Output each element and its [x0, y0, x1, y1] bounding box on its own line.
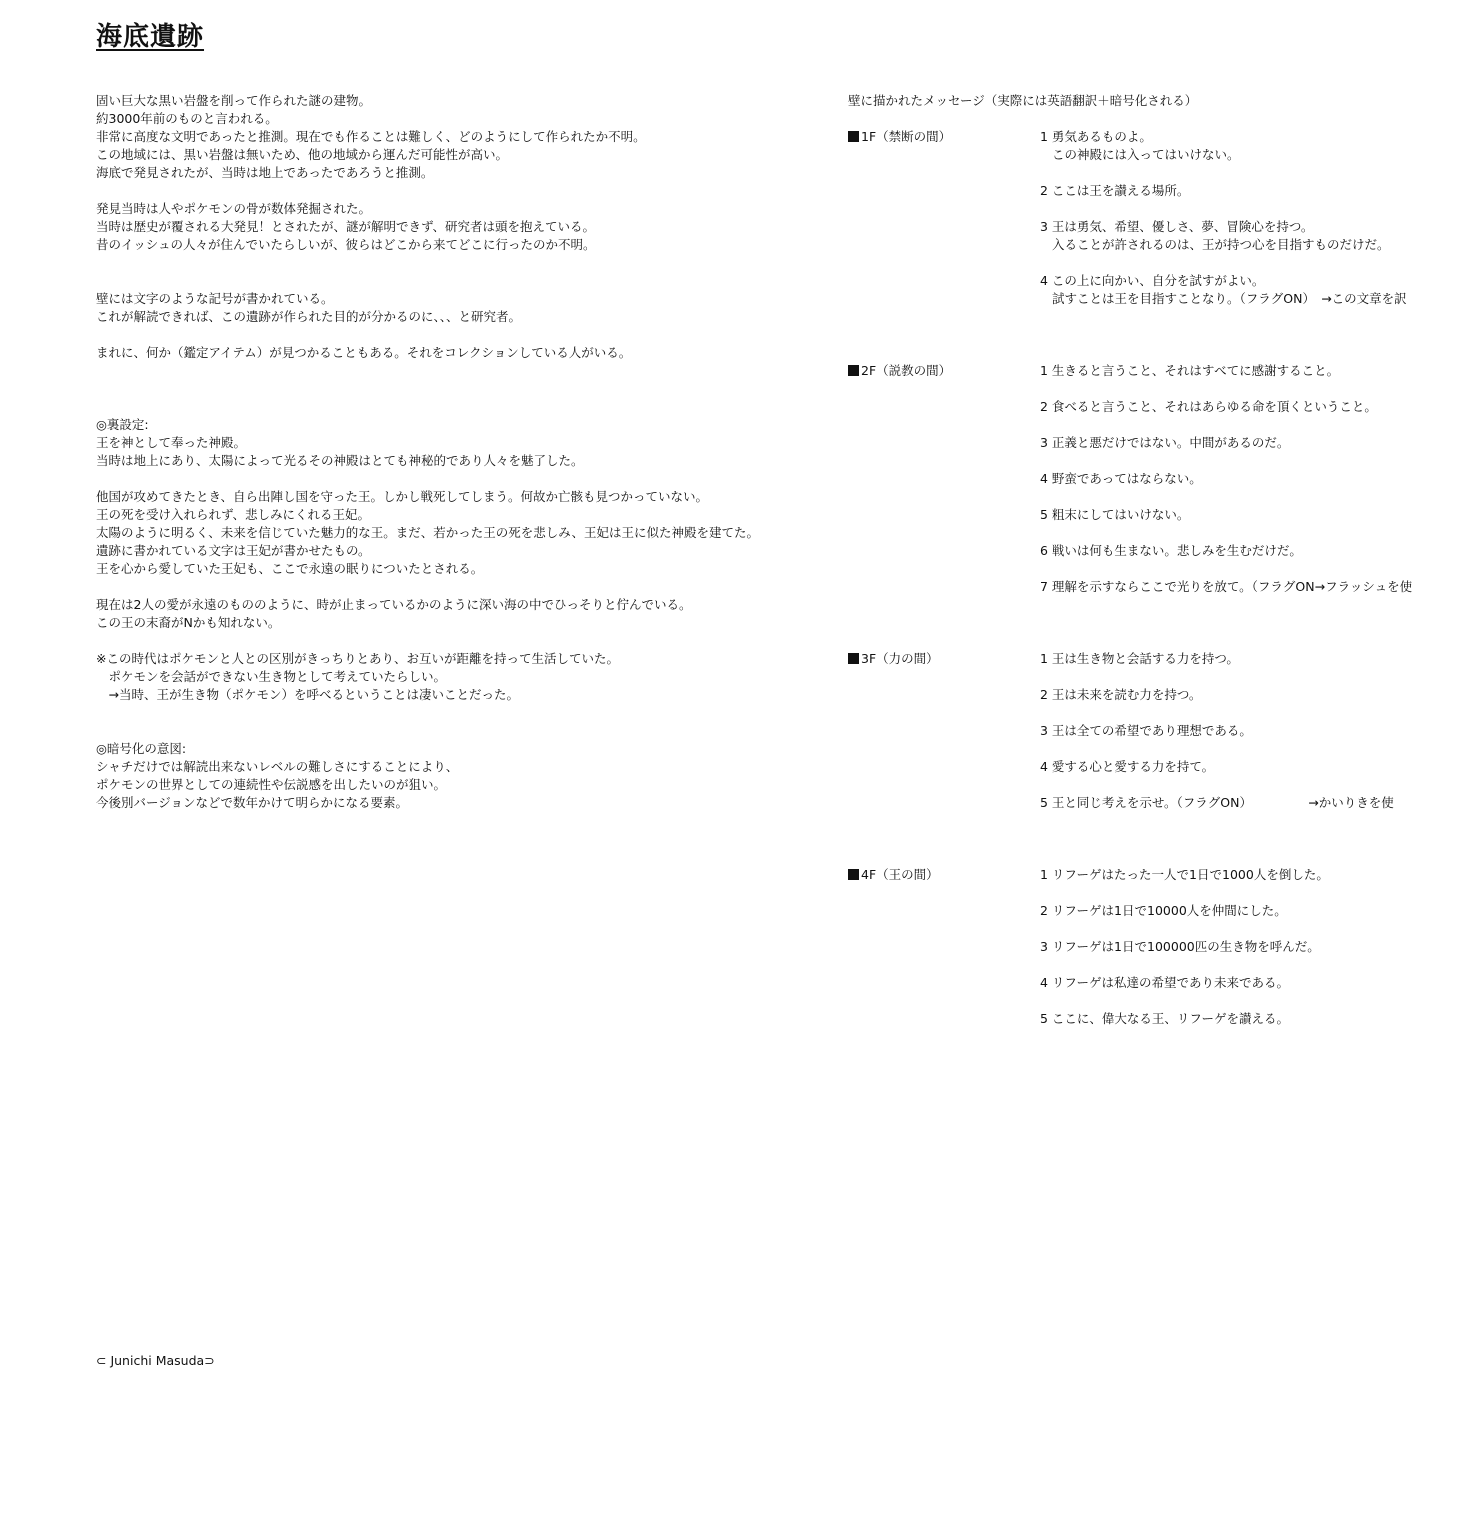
message-item: 5 王と同じ考えを示せ。（フラグON） →かいりきを使: [1040, 794, 1428, 812]
floor-label: 3F（力の間）: [861, 651, 939, 666]
text-line: 遺跡に書かれている文字は王妃が書かせたもの。: [96, 542, 826, 560]
message-item: 6 戦いは何も生まない。悲しみを生むだけだ。: [1040, 542, 1428, 560]
text-line: 太陽のように明るく、未来を信じていた魅力的な王。まだ、若かった王の死を悲しみ、王…: [96, 524, 826, 542]
message-item: 2 ここは王を讃える場所。: [1040, 182, 1428, 200]
message-item: 3 リフーゲは1日で100000匹の生き物を呼んだ。: [1040, 938, 1428, 956]
floor-label: 4F（王の間）: [861, 867, 939, 882]
text-line: ※この時代はポケモンと人との区別がきっちりとあり、お互いが距離を持って生活してい…: [96, 650, 826, 668]
text-line: ポケモンの世界としての連続性や伝説感を出したいのが狙い。: [96, 776, 826, 794]
message-item: 7 理解を示すならここで光りを放て。（フラグON→フラッシュを使: [1040, 578, 1428, 596]
text-line: 壁には文字のような記号が書かれている。: [96, 290, 826, 308]
paragraph-discovery: 発見当時は人やポケモンの骨が数体発掘された。 当時は歴史が覆される大発見！とされ…: [96, 200, 826, 254]
message-item: 3 正義と悪だけではない。中間があるのだ。: [1040, 434, 1428, 452]
floor-4f: 4F（王の間） 1 リフーゲはたった一人で1日で1000人を倒した。 2 リフー…: [848, 866, 1428, 1028]
floor-label: 2F（説教の間）: [861, 363, 951, 378]
black-square-icon: [848, 131, 859, 142]
message-item: 5 ここに、偉大なる王、リフーゲを讃える。: [1040, 1010, 1428, 1028]
description-column: 固い巨大な黒い岩盤を削って作られた謎の建物。 約3000年前のものと言われる。 …: [96, 92, 826, 812]
text-line: 他国が攻めてきたとき、自ら出陣し国を守った王。しかし戦死してしまう。何故か亡骸も…: [96, 488, 826, 506]
message-item: 2 食べると言うこと、それはあらゆる命を頂くということ。: [1040, 398, 1428, 416]
text-line: 王を心から愛していた王妃も、ここで永遠の眠りについたとされる。: [96, 560, 826, 578]
text-line: まれに、何か（鑑定アイテム）が見つかることもある。それをコレクションしている人が…: [96, 344, 826, 362]
message-item: 4 愛する心と愛する力を持て。: [1040, 758, 1428, 776]
text-line: 非常に高度な文明であったと推測。現在でも作ることは難しく、どのようにして作られた…: [96, 128, 826, 146]
paragraph-note: ※この時代はポケモンと人との区別がきっちりとあり、お互いが距離を持って生活してい…: [96, 650, 826, 704]
text-line: 王を神として奉った神殿。: [96, 434, 826, 452]
text-line: →当時、王が生き物（ポケモン）を呼べるということは凄いことだった。: [96, 686, 826, 704]
paragraph-hidden-setting: ◎裏設定: 王を神として奉った神殿。 当時は地上にあり、太陽によって光るその神殿…: [96, 416, 826, 470]
message-item: 1 リフーゲはたった一人で1日で1000人を倒した。: [1040, 866, 1428, 884]
message-item: 4 野蛮であってはならない。: [1040, 470, 1428, 488]
text-line: 発見当時は人やポケモンの骨が数体発掘された。: [96, 200, 826, 218]
section-heading: ◎暗号化の意図:: [96, 740, 826, 758]
paragraph-present: 現在は2人の愛が永遠のもののように、時が止まっているかのように深い海の中でひっそ…: [96, 596, 826, 632]
black-square-icon: [848, 365, 859, 376]
message-item: 3 王は全ての希望であり理想である。: [1040, 722, 1428, 740]
text-line: これが解読できれば、この遺跡が作られた目的が分かるのに、、、と研究者。: [96, 308, 826, 326]
message-item: 3 王は勇気、希望、優しさ、夢、冒険心を持つ。入ることが許されるのは、王が持つ心…: [1040, 218, 1428, 254]
paragraph-overview: 固い巨大な黒い岩盤を削って作られた謎の建物。 約3000年前のものと言われる。 …: [96, 92, 826, 182]
text-line: 現在は2人の愛が永遠のもののように、時が止まっているかのように深い海の中でひっそ…: [96, 596, 826, 614]
paragraph-items: まれに、何か（鑑定アイテム）が見つかることもある。それをコレクションしている人が…: [96, 344, 826, 362]
message-item: 2 王は未来を読む力を持つ。: [1040, 686, 1428, 704]
message-item: 5 粗末にしてはいけない。: [1040, 506, 1428, 524]
floor-2f: 2F（説教の間） 1 生きると言うこと、それはすべてに感謝すること。 2 食べる…: [848, 362, 1428, 650]
page-title: 海底遺跡: [96, 20, 204, 54]
black-square-icon: [848, 869, 859, 880]
floor-3f: 3F（力の間） 1 王は生き物と会話する力を持つ。 2 王は未来を読む力を持つ。…: [848, 650, 1428, 866]
message-item: 4 この上に向かい、自分を試すがよい。試すことは王を目指すことなり。（フラグON…: [1040, 272, 1428, 308]
text-line: 当時は地上にあり、太陽によって光るその神殿はとても神秘的であり人々を魅了した。: [96, 452, 826, 470]
paragraph-king-story: 他国が攻めてきたとき、自ら出陣し国を守った王。しかし戦死してしまう。何故か亡骸も…: [96, 488, 826, 578]
wall-messages-column: 壁に描かれたメッセージ（実際には英語翻訳＋暗号化される） 1F（禁断の間） 1 …: [848, 92, 1428, 1046]
message-item: 1 生きると言うこと、それはすべてに感謝すること。: [1040, 362, 1428, 380]
message-item: 2 リフーゲは1日で10000人を仲間にした。: [1040, 902, 1428, 920]
text-line: 王の死を受け入れられず、悲しみにくれる王妃。: [96, 506, 826, 524]
paragraph-encryption-intent: ◎暗号化の意図: シャチだけでは解読出来ないレベルの難しさにすることにより、 ポ…: [96, 740, 826, 812]
text-line: 当時は歴史が覆される大発見！とされたが、謎が解明できず、研究者は頭を抱えている。: [96, 218, 826, 236]
copyright-footer: ⊂ Junichi Masuda⊃: [96, 1352, 215, 1370]
text-line: 固い巨大な黒い岩盤を削って作られた謎の建物。: [96, 92, 826, 110]
paragraph-wall-symbols: 壁には文字のような記号が書かれている。 これが解読できれば、この遺跡が作られた目…: [96, 290, 826, 326]
text-line: 今後別バージョンなどで数年かけて明らかになる要素。: [96, 794, 826, 812]
floor-label: 1F（禁断の間）: [861, 129, 951, 144]
text-line: この王の末裔がNかも知れない。: [96, 614, 826, 632]
wall-messages-header: 壁に描かれたメッセージ（実際には英語翻訳＋暗号化される）: [848, 92, 1428, 110]
message-item: 1 王は生き物と会話する力を持つ。: [1040, 650, 1428, 668]
text-line: 昔のイッシュの人々が住んでいたらしいが、彼らはどこから来てどこに行ったのか不明。: [96, 236, 826, 254]
floor-1f: 1F（禁断の間） 1 勇気あるものよ。この神殿には入ってはいけない。 2 ここは…: [848, 128, 1428, 362]
text-line: この地域には、黒い岩盤は無いため、他の地域から運んだ可能性が高い。: [96, 146, 826, 164]
text-line: 約3000年前のものと言われる。: [96, 110, 826, 128]
black-square-icon: [848, 653, 859, 664]
message-item: 1 勇気あるものよ。この神殿には入ってはいけない。: [1040, 128, 1428, 164]
text-line: ポケモンを会話ができない生き物として考えていたらしい。: [96, 668, 826, 686]
text-line: シャチだけでは解読出来ないレベルの難しさにすることにより、: [96, 758, 826, 776]
message-item: 4 リフーゲは私達の希望であり未来である。: [1040, 974, 1428, 992]
section-heading: ◎裏設定:: [96, 416, 826, 434]
text-line: 海底で発見されたが、当時は地上であったであろうと推測。: [96, 164, 826, 182]
